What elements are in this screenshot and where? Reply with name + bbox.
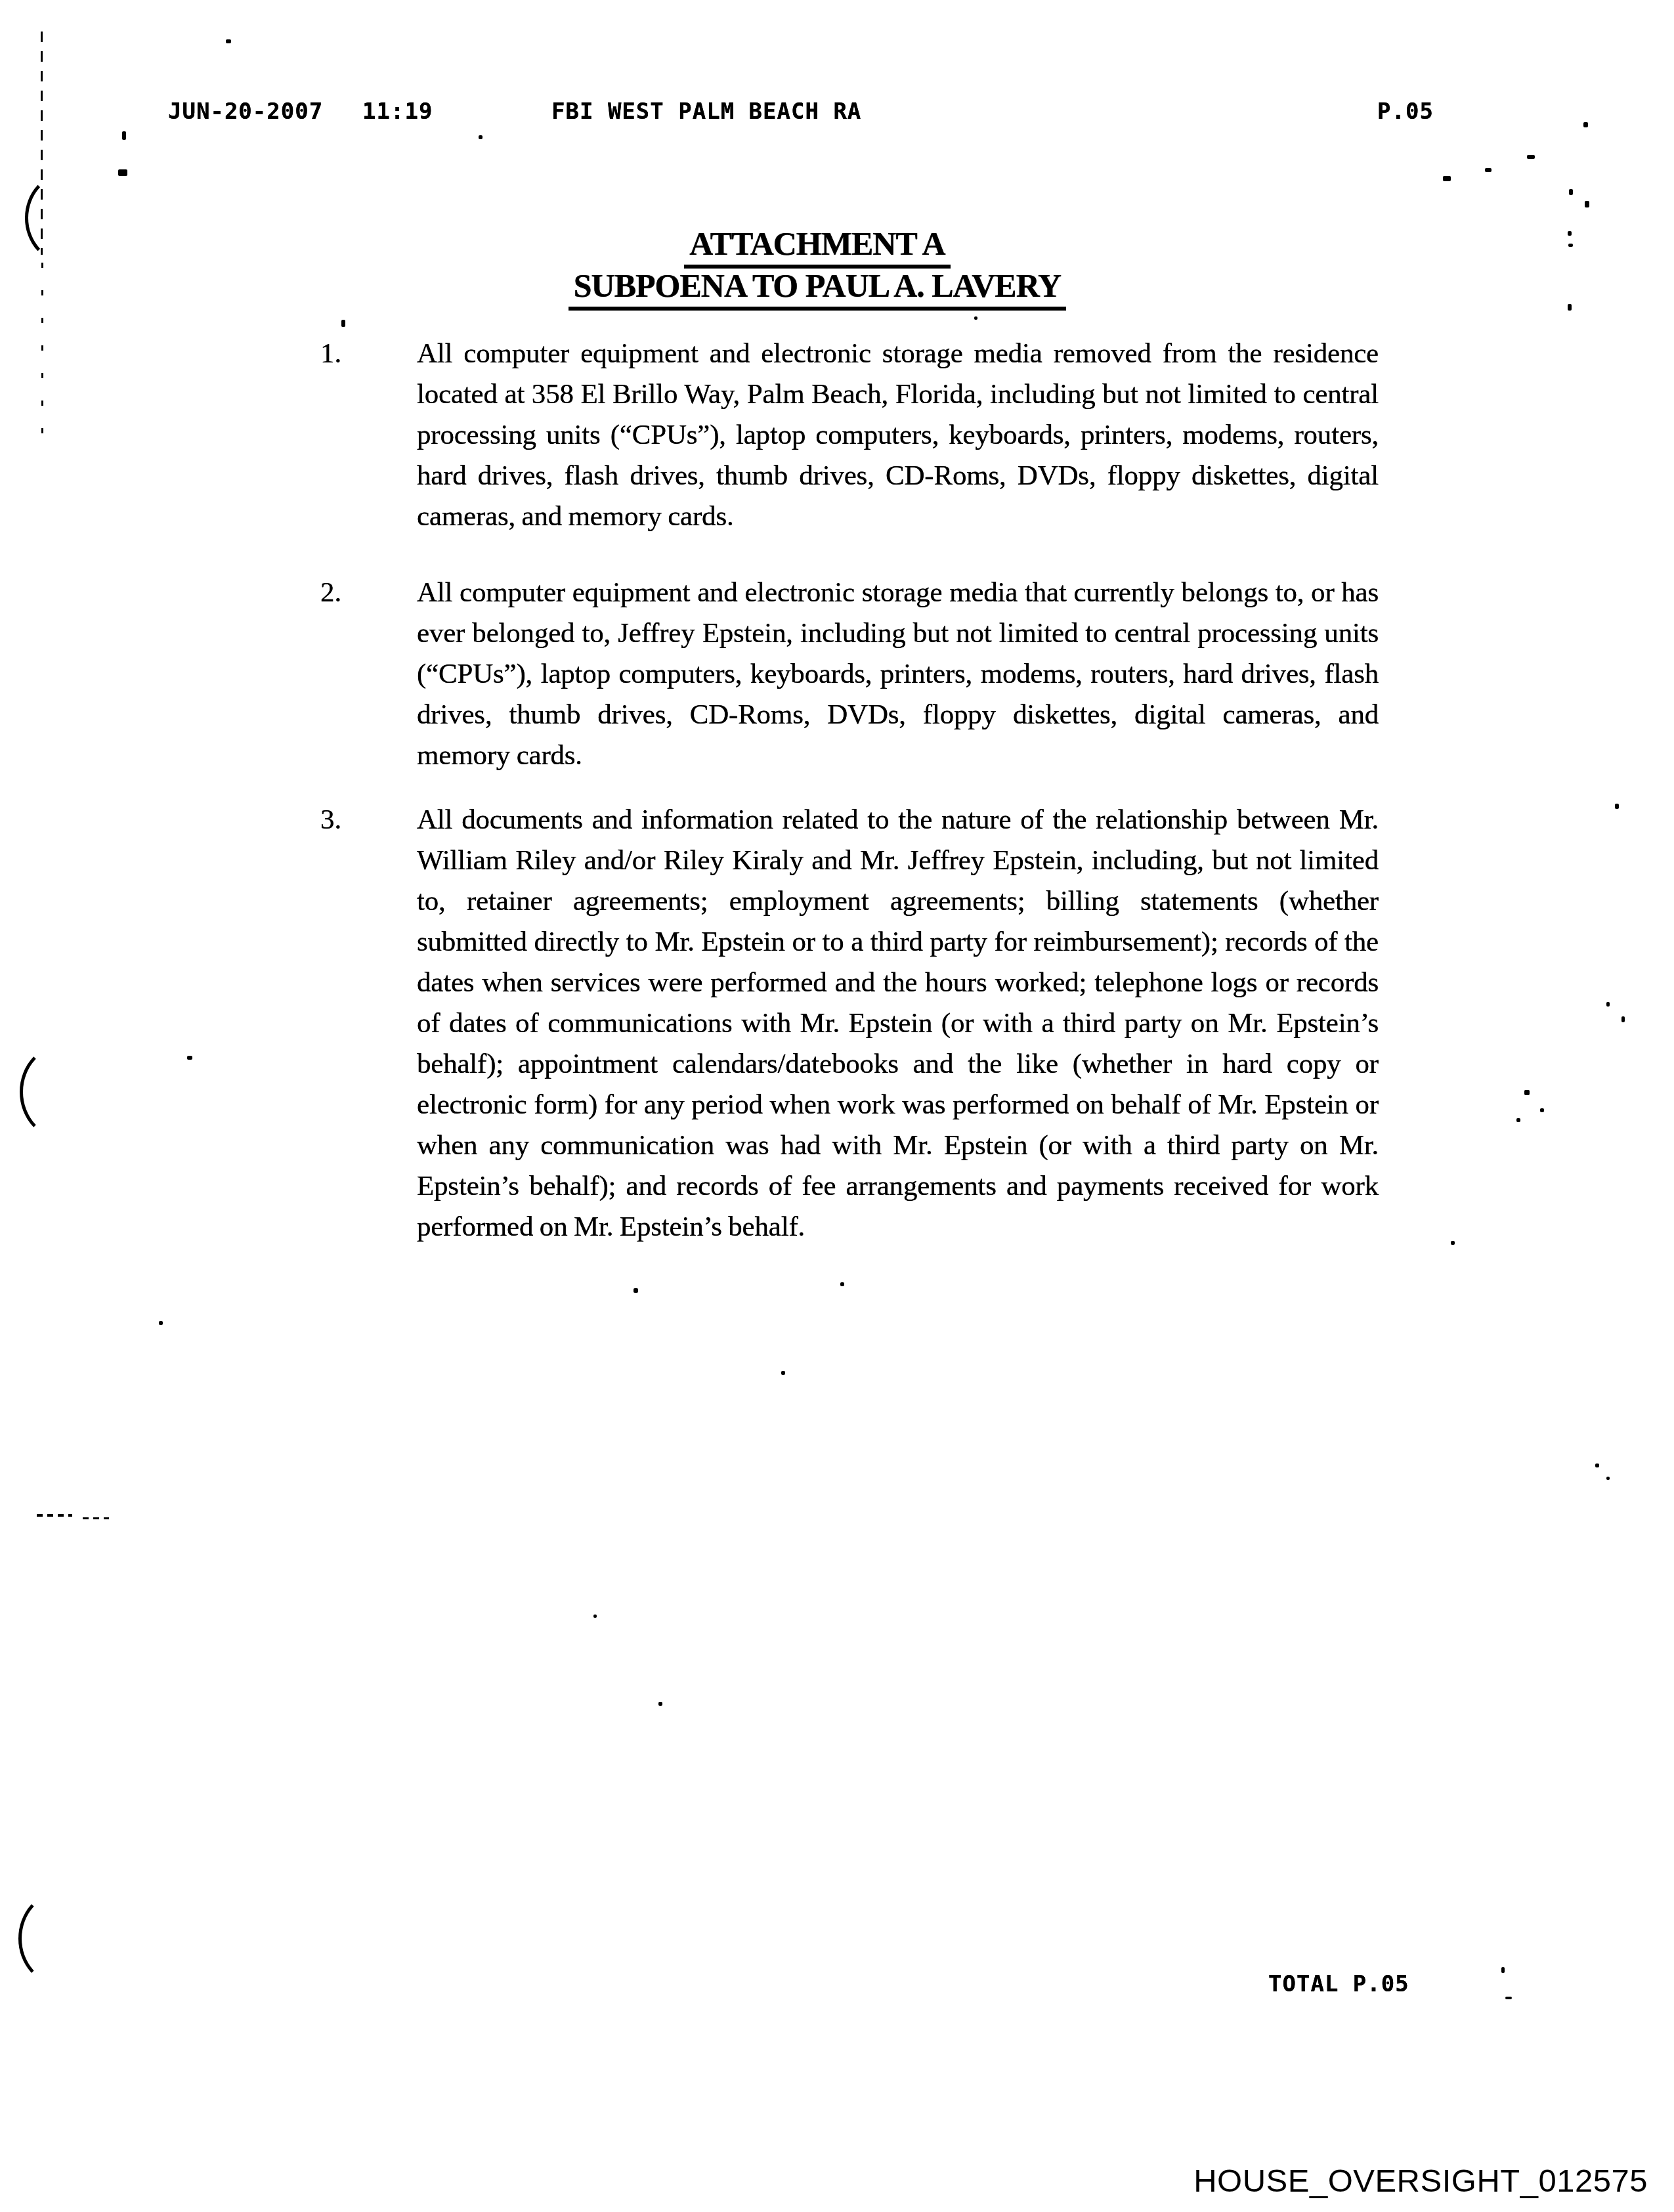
list-item-3: 3. All documents and information related… — [320, 800, 1380, 1247]
scan-speck-icon — [1501, 1967, 1505, 1973]
scan-speck-icon — [1540, 1108, 1544, 1112]
scan-speck-icon — [1595, 1464, 1599, 1467]
subpoena-heading-text: SUBPOENA TO PAUL A. LAVERY — [569, 267, 1066, 311]
fax-date: JUN-20-2007 — [168, 98, 323, 125]
scan-speck-icon — [974, 316, 977, 320]
fax-sender: FBI WEST PALM BEACH RA — [551, 98, 861, 125]
item-1-number: 1. — [320, 334, 341, 374]
scan-speck-icon — [1606, 1002, 1610, 1007]
fax-total-pages: TOTAL P.05 — [1268, 1971, 1409, 1997]
list-item-1: 1. All computer equipment and electronic… — [320, 334, 1380, 537]
list-item-2: 2. All computer equipment and electronic… — [320, 573, 1380, 776]
scan-speck-icon — [1516, 1118, 1520, 1122]
item-2-text: All computer equipment and electronic st… — [417, 573, 1379, 776]
scan-speck-icon — [1583, 122, 1588, 127]
bates-number: HOUSE_OVERSIGHT_012575 — [1193, 2163, 1648, 2200]
scan-speck-icon — [1621, 1016, 1625, 1022]
scan-speck-icon — [341, 320, 345, 327]
scan-dashed-line-icon — [41, 263, 43, 433]
fax-time: 11:19 — [362, 98, 433, 125]
item-1-text: All computer equipment and electronic st… — [417, 334, 1379, 537]
subpoena-heading: SUBPOENA TO PAUL A. LAVERY — [0, 267, 1674, 311]
scan-arc-icon — [25, 172, 109, 264]
scan-speck-icon — [1568, 244, 1573, 247]
scan-speck-icon — [1524, 1090, 1530, 1095]
scan-speck-icon — [1443, 176, 1451, 181]
item-2-number: 2. — [320, 573, 341, 613]
scan-speck-icon — [122, 131, 126, 140]
scan-speck-icon — [1615, 804, 1619, 809]
scan-speck-icon — [781, 1371, 785, 1375]
scan-speck-icon — [479, 135, 483, 139]
scan-speck-icon — [1585, 201, 1589, 207]
scan-speck-icon — [1606, 1477, 1610, 1480]
scan-speck-icon — [1568, 304, 1572, 311]
scan-speck-icon — [1505, 1997, 1512, 1999]
scan-arc-icon — [18, 1891, 104, 1986]
item-3-number: 3. — [320, 800, 341, 840]
scan-speck-icon — [593, 1615, 597, 1618]
scan-speck-icon — [1485, 168, 1492, 172]
fax-page-number: P.05 — [1377, 98, 1434, 125]
scan-dash-marks-icon — [37, 1514, 72, 1517]
scan-speck-icon — [187, 1056, 192, 1060]
scan-speck-icon — [1568, 231, 1572, 236]
scan-speck-icon — [840, 1282, 844, 1286]
scan-speck-icon — [1527, 155, 1535, 159]
scan-speck-icon — [1451, 1241, 1455, 1245]
scan-dash-marks-icon — [83, 1517, 109, 1519]
attachment-heading-text: ATTACHMENT A — [684, 225, 950, 269]
item-3-text: All documents and information related to… — [417, 800, 1379, 1247]
scan-speck-icon — [633, 1288, 638, 1293]
attachment-heading: ATTACHMENT A — [0, 225, 1674, 269]
scan-speck-icon — [159, 1321, 163, 1325]
scan-arc-icon — [20, 1043, 112, 1141]
scan-speck-icon — [1569, 189, 1573, 195]
fax-page: JUN-20-2007 11:19 FBI WEST PALM BEACH RA… — [0, 0, 1674, 2212]
scan-speck-icon — [658, 1702, 662, 1706]
scan-speck-icon — [118, 169, 127, 176]
scan-speck-icon — [226, 39, 231, 43]
